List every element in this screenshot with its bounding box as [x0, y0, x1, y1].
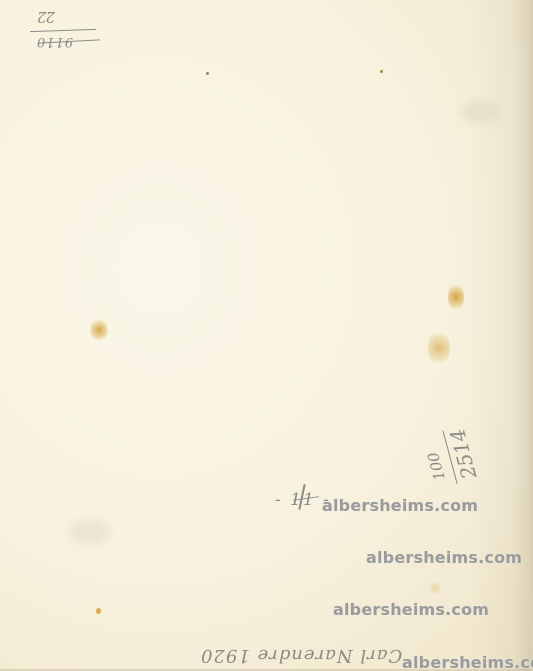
watermark: albersheims.com [402, 653, 533, 671]
foxing-stain [206, 72, 209, 75]
pencil-note-top-left: 22 9110 [30, 8, 100, 58]
photo-back-paper: 22 9110 100 2514 - 11 - Carl Narendre 19… [0, 0, 533, 671]
foxing-stain [430, 580, 440, 596]
watermark: albersheims.com [333, 600, 489, 619]
smudge [70, 520, 110, 544]
watermark: albersheims.com [366, 548, 522, 567]
foxing-stain [428, 330, 450, 366]
foxing-stain [90, 318, 108, 342]
foxing-stain [380, 70, 383, 73]
foxing-stain [96, 608, 101, 614]
watermark: albersheims.com [322, 496, 478, 515]
note-number-bottom: 9110 [36, 34, 73, 49]
smudge [460, 100, 500, 124]
foxing-stain [448, 282, 464, 312]
note-catalog-number: 2514 [445, 426, 481, 481]
note-number-top: 22 [38, 8, 55, 26]
strike-line [30, 29, 96, 32]
note-quantity: 100 [424, 450, 449, 482]
pencil-signature: Carl Narendre 1920 [200, 645, 402, 666]
